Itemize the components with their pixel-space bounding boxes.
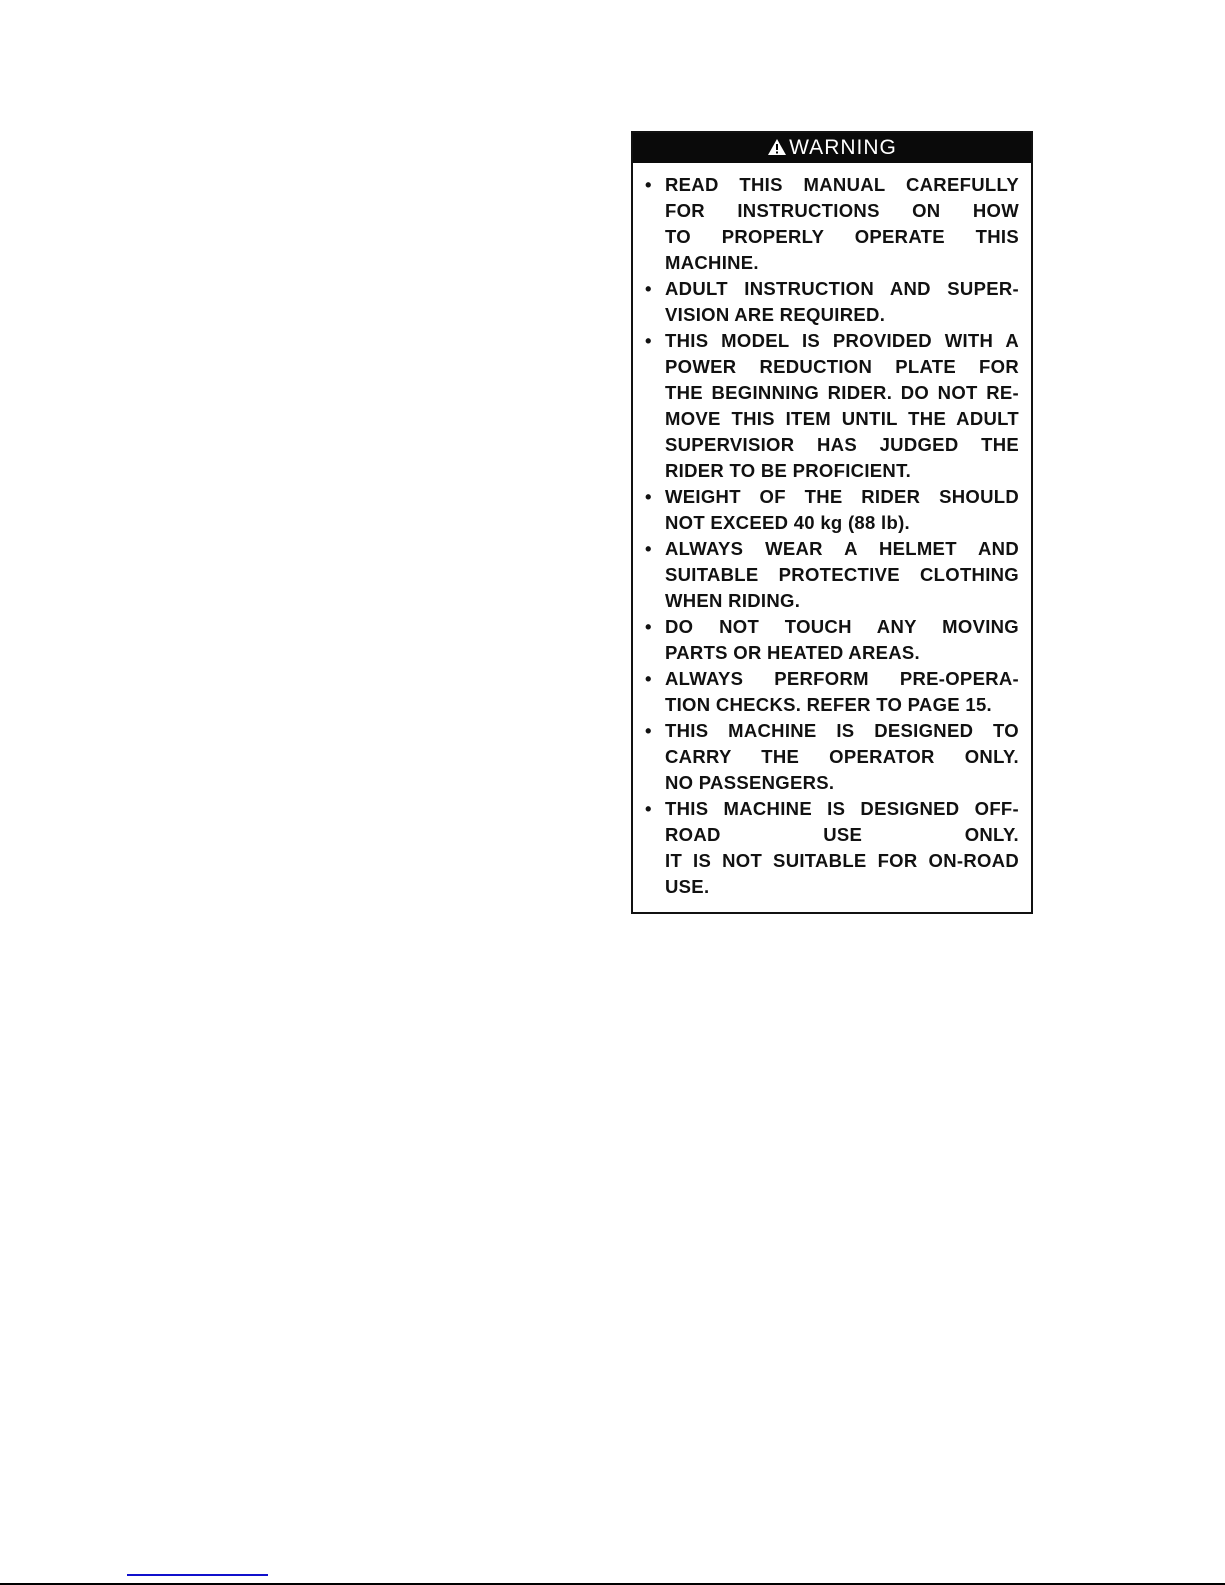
warning-item: •ALWAYS WEAR A HELMET ANDSUITABLE PROTEC…	[643, 536, 1019, 614]
warning-line: USE.	[665, 874, 1019, 900]
warning-line: MACHINE.	[665, 250, 1019, 276]
warning-line: READ THIS MANUAL CAREFULLY	[665, 172, 1019, 198]
warning-item: •THIS MODEL IS PROVIDED WITH APOWER REDU…	[643, 328, 1019, 484]
warning-line: FOR INSTRUCTIONS ON HOW	[665, 198, 1019, 224]
warning-line: POWER REDUCTION PLATE FOR	[665, 354, 1019, 380]
bullet-icon: •	[645, 484, 652, 510]
bullet-icon: •	[645, 614, 652, 640]
warning-line: SUITABLE PROTECTIVE CLOTHING	[665, 562, 1019, 588]
bullet-icon: •	[645, 796, 652, 822]
bullet-icon: •	[645, 172, 652, 198]
warning-line: RIDER TO BE PROFICIENT.	[665, 458, 1019, 484]
warning-line: WHEN RIDING.	[665, 588, 1019, 614]
warning-line: DO NOT TOUCH ANY MOVING	[665, 614, 1019, 640]
warning-line: IT IS NOT SUITABLE FOR ON-ROAD	[665, 848, 1019, 874]
warning-line: THE BEGINNING RIDER. DO NOT RE-	[665, 380, 1019, 406]
warning-item: •THIS MACHINE IS DESIGNED OFF-ROAD USE O…	[643, 796, 1019, 900]
warning-line: TO PROPERLY OPERATE THIS	[665, 224, 1019, 250]
warning-item: •THIS MACHINE IS DESIGNED TOCARRY THE OP…	[643, 718, 1019, 796]
warning-item: •ALWAYS PERFORM PRE-OPERA-TION CHECKS. R…	[643, 666, 1019, 718]
warning-title: WARNING	[789, 136, 897, 159]
bullet-icon: •	[645, 328, 652, 354]
warning-list: •READ THIS MANUAL CAREFULLYFOR INSTRUCTI…	[633, 163, 1031, 900]
warning-line: TION CHECKS. REFER TO PAGE 15.	[665, 692, 1019, 718]
warning-line: NOT EXCEED 40 kg (88 lb).	[665, 510, 1019, 536]
warning-line: WEIGHT OF THE RIDER SHOULD	[665, 484, 1019, 510]
warning-line: PARTS OR HEATED AREAS.	[665, 640, 1019, 666]
warning-line: MOVE THIS ITEM UNTIL THE ADULT	[665, 406, 1019, 432]
warning-line: VISION ARE REQUIRED.	[665, 302, 1019, 328]
warning-box: WARNING •READ THIS MANUAL CAREFULLYFOR I…	[631, 131, 1033, 914]
warning-line: ROAD USE ONLY.	[665, 822, 1019, 848]
warning-item: •WEIGHT OF THE RIDER SHOULDNOT EXCEED 40…	[643, 484, 1019, 536]
warning-item: •READ THIS MANUAL CAREFULLYFOR INSTRUCTI…	[643, 172, 1019, 276]
warning-line: NO PASSENGERS.	[665, 770, 1019, 796]
warning-line: THIS MODEL IS PROVIDED WITH A	[665, 328, 1019, 354]
warning-item: •ADULT INSTRUCTION AND SUPER-VISION ARE …	[643, 276, 1019, 328]
link-underline[interactable]	[127, 1574, 268, 1576]
warning-line: ALWAYS PERFORM PRE-OPERA-	[665, 666, 1019, 692]
warning-header: WARNING	[633, 133, 1031, 163]
bullet-icon: •	[645, 666, 652, 692]
warning-line: SUPERVISIOR HAS JUDGED THE	[665, 432, 1019, 458]
warning-line: THIS MACHINE IS DESIGNED OFF-	[665, 796, 1019, 822]
bullet-icon: •	[645, 536, 652, 562]
warning-triangle-icon	[767, 135, 787, 165]
bullet-icon: •	[645, 718, 652, 744]
warning-line: ADULT INSTRUCTION AND SUPER-	[665, 276, 1019, 302]
warning-line: ALWAYS WEAR A HELMET AND	[665, 536, 1019, 562]
bullet-icon: •	[645, 276, 652, 302]
warning-line: CARRY THE OPERATOR ONLY.	[665, 744, 1019, 770]
warning-item: •DO NOT TOUCH ANY MOVINGPARTS OR HEATED …	[643, 614, 1019, 666]
warning-line: THIS MACHINE IS DESIGNED TO	[665, 718, 1019, 744]
